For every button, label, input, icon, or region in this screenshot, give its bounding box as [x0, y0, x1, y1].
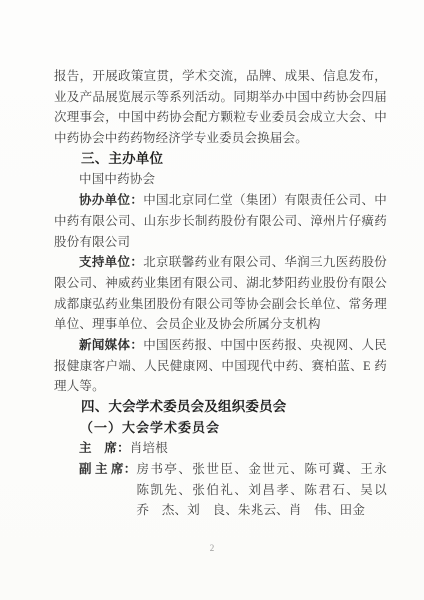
- host-organization: 中国中药协会: [54, 169, 387, 190]
- cohost-line: 中药有限公司、山东步长制药股份有限公司、漳州片仔癀药业: [54, 211, 387, 232]
- support-line: 成都康弘药业集团股份有限公司等协会副会长单位、常务理事: [54, 294, 387, 315]
- cohost-line: 协办单位：中国北京同仁堂（集团）有限责任公司、中国: [54, 190, 387, 211]
- vice-chairmen-line: 陈凯先、张伯礼、刘昌孝、陈君石、吴以岭、: [136, 480, 387, 501]
- paragraph-line: 次理事会，中国中药协会配方颗粒专业委员会成立大会、中国: [54, 107, 387, 128]
- chairman-name: 肖培根: [130, 438, 387, 459]
- cohost-label: 协办单位：: [79, 193, 143, 207]
- page-number: 2: [0, 543, 424, 553]
- paragraph-line: 报告，开展政策宣贯，学术交流，品牌、成果、信息发布，企: [54, 66, 387, 87]
- media-line: 理人等。: [54, 376, 387, 397]
- section-heading-hosts: 三、主办单位: [54, 149, 387, 170]
- vice-chairmen-line: 乔 杰、刘 良、朱兆云、肖 伟、田金洲、: [136, 500, 387, 521]
- document-page: 报告，开展政策宣贯，学术交流，品牌、成果、信息发布，企 业及产品展览展示等系列活…: [0, 0, 424, 600]
- media-line: 报健康客户端、人民健康网、中国现代中药、赛柏蓝、E 药经: [54, 356, 387, 377]
- media-line: 新闻媒体：中国医药报、中国中医药报、央视网、人民日: [54, 335, 387, 356]
- support-line: 单位、理事单位、会员企业及协会所属分支机构: [54, 314, 387, 335]
- support-line: 限公司、神威药业集团有限公司、湖北梦阳药业股份有限公司、: [54, 273, 387, 294]
- chairman-row: 主 席： 肖培根: [54, 438, 387, 459]
- vice-chairmen-names: 房书亭、张世臣、金世元、陈可冀、王永炎、 陈凯先、张伯礼、刘昌孝、陈君石、吴以岭…: [136, 459, 387, 521]
- vice-chairmen-line: 房书亭、张世臣、金世元、陈可冀、王永炎、: [136, 459, 387, 480]
- vice-chairmen-label: 副 主 席：: [79, 459, 136, 521]
- document-content: 报告，开展政策宣贯，学术交流，品牌、成果、信息发布，企 业及产品展览展示等系列活…: [54, 66, 387, 521]
- vice-chairmen-row: 副 主 席： 房书亭、张世臣、金世元、陈可冀、王永炎、 陈凯先、张伯礼、刘昌孝、…: [54, 459, 387, 521]
- subsection-heading-academic-committee: （一）大会学术委员会: [54, 418, 387, 439]
- cohost-line: 股份有限公司: [54, 232, 387, 253]
- media-label: 新闻媒体：: [79, 338, 143, 352]
- support-line: 支持单位：北京联馨药业有限公司、华润三九医药股份有: [54, 252, 387, 273]
- support-label: 支持单位：: [79, 255, 143, 269]
- chairman-label: 主 席：: [79, 438, 130, 459]
- paragraph-line: 业及产品展览展示等系列活动。同期举办中国中药协会四届十: [54, 87, 387, 108]
- section-heading-committees: 四、大会学术委员会及组织委员会: [54, 397, 387, 418]
- paragraph-line: 中药协会中药药物经济学专业委员会换届会。: [54, 128, 387, 149]
